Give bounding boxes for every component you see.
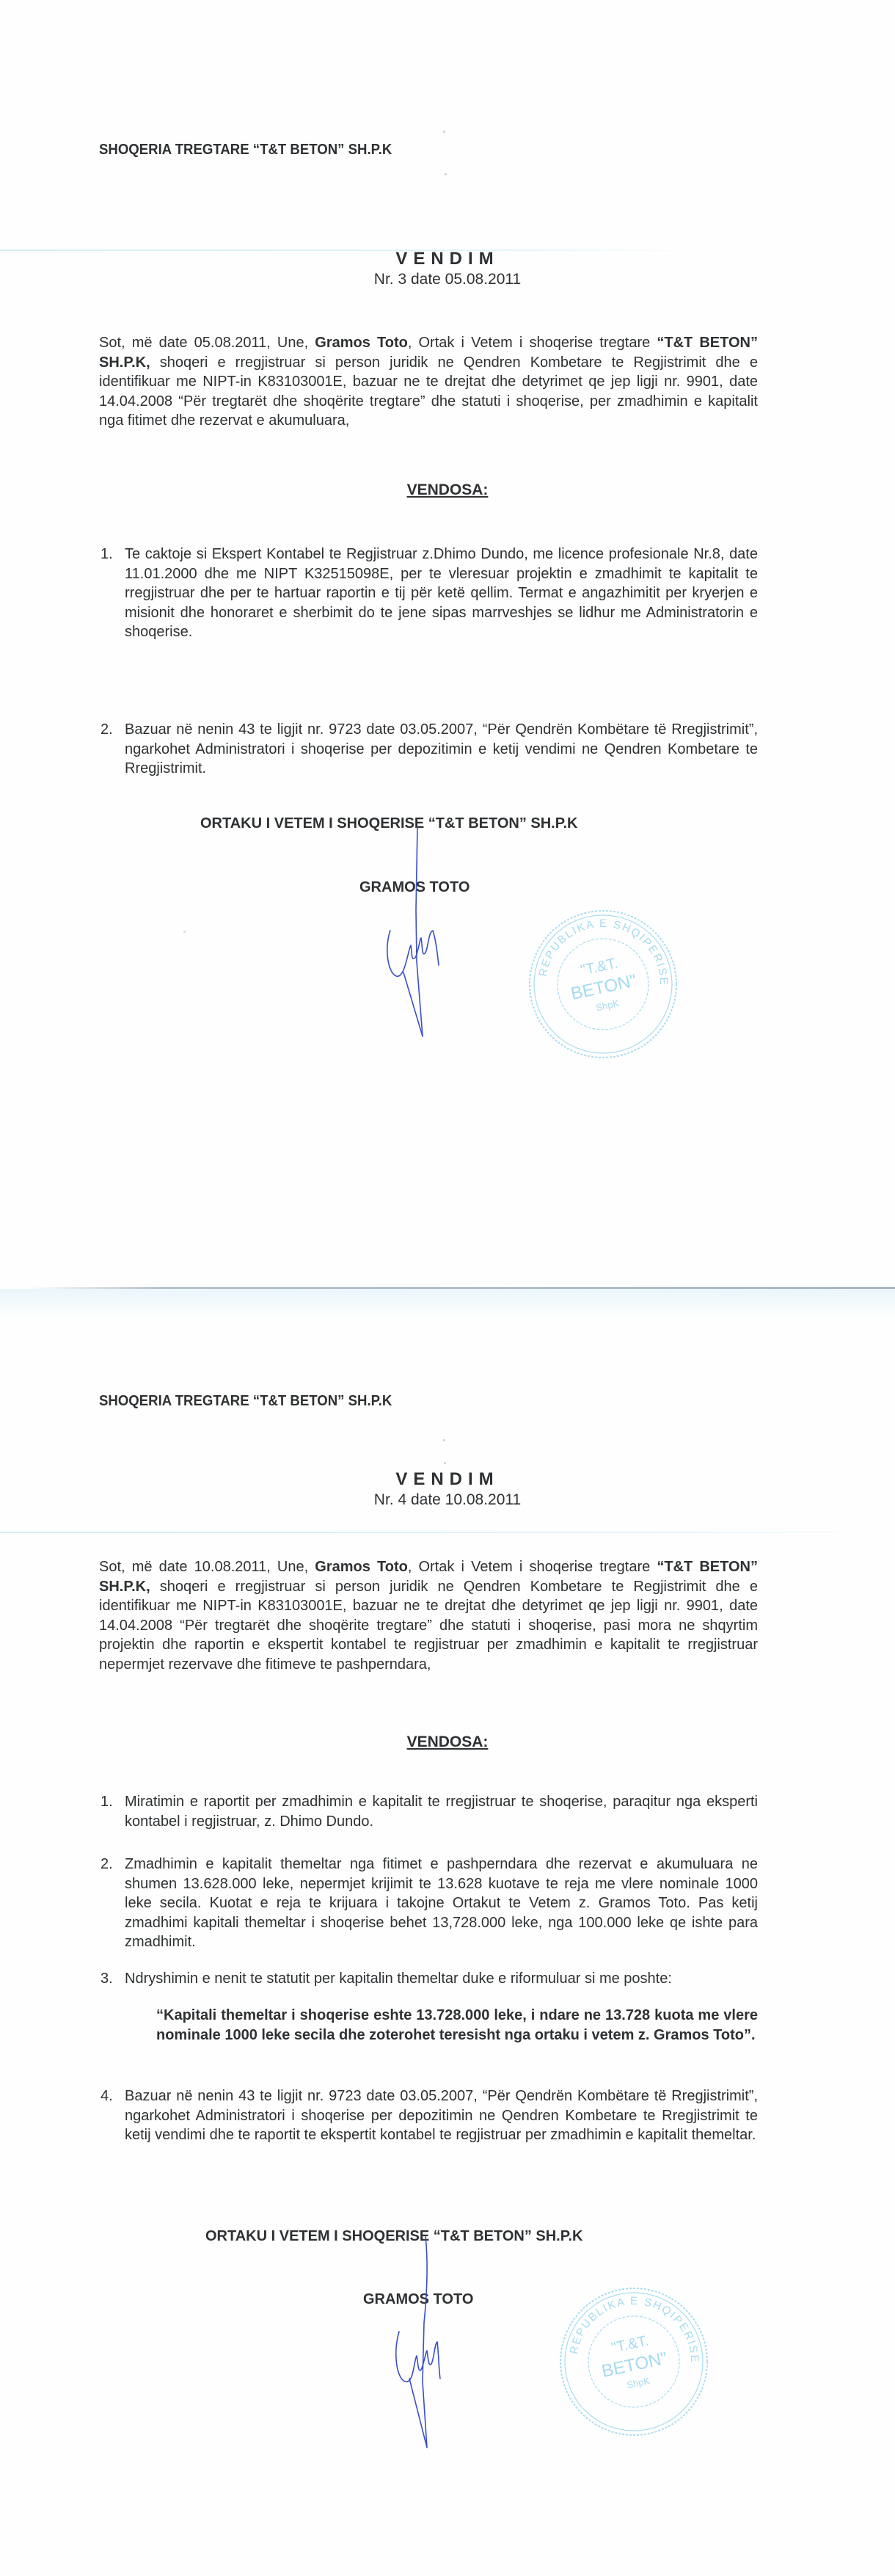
handwritten-signature — [389, 2235, 477, 2455]
intro-text: , Ortak i Vetem i shoqerise tregtare — [408, 335, 657, 351]
decision-item: 2. Bazuar në nenin 43 te ligjit nr. 9723… — [99, 720, 758, 779]
scan-speck — [443, 131, 445, 133]
decision-item: 3. Ndryshimin e nenit te statutit per ka… — [99, 1969, 758, 1989]
company-stamp: REPUBLIKA E SHQIPERISE "T.&T. BETON" Shp… — [556, 2284, 712, 2439]
item-number: 1. — [101, 1792, 113, 1812]
intro-text: , Ortak i Vetem i shoqerise tregtare — [408, 1559, 657, 1575]
svg-text:ShpK: ShpK — [595, 997, 621, 1013]
scan-speck — [444, 1462, 446, 1464]
item-number: 3. — [101, 1969, 113, 1989]
item-number: 1. — [101, 545, 113, 564]
item-text: Zmadhimin e kapitalit themeltar nga fiti… — [125, 1855, 758, 1952]
decision-item: 1. Miratimin e raportit per zmadhimin e … — [99, 1792, 758, 1831]
scan-speck — [183, 931, 186, 933]
handwritten-signature — [381, 822, 470, 1042]
owner-name: Gramos Toto — [315, 335, 408, 351]
company-stamp: REPUBLIKA E SHQIPERISE "T.&T. BETON" Shp… — [525, 906, 681, 1062]
intro-text: Sot, më date 05.08.2011, Une, — [99, 335, 315, 351]
item-text: Miratimin e raportit per zmadhimin e kap… — [125, 1792, 758, 1831]
item-text: Bazuar në nenin 43 te ligjit nr. 9723 da… — [125, 2086, 758, 2145]
intro-text: shoqeri e rregjistruar si person juridik… — [99, 354, 758, 429]
company-header: SHOQERIA TREGTARE “T&T BETON” SH.P.K — [99, 1393, 392, 1410]
item-text: Te caktoje si Ekspert Kontabel te Regjis… — [125, 545, 758, 642]
intro-text: Sot, më date 10.08.2011, Une, — [99, 1559, 315, 1575]
item-text: Bazuar në nenin 43 te ligjit nr. 9723 da… — [125, 720, 758, 779]
item-number: 2. — [101, 720, 113, 740]
document-title: VENDIM — [0, 249, 895, 269]
svg-text:ShpK: ShpK — [626, 2375, 651, 2390]
intro-text: shoqeri e rregjistruar si person juridik… — [99, 1579, 758, 1673]
company-header: SHOQERIA TREGTARE “T&T BETON” SH.P.K — [99, 142, 392, 159]
item-number: 4. — [101, 2086, 113, 2106]
owner-name: Gramos Toto — [315, 1559, 408, 1575]
decision-item: 4. Bazuar në nenin 43 te ligjit nr. 9723… — [99, 2086, 758, 2145]
intro-paragraph: Sot, më date 05.08.2011, Une, Gramos Tot… — [99, 333, 758, 431]
svg-text:BETON": BETON" — [569, 971, 638, 1004]
item-number: 2. — [101, 1855, 113, 1874]
document-page-1: SHOQERIA TREGTARE “T&T BETON” SH.P.K VEN… — [0, 0, 895, 1288]
scan-line — [0, 1532, 895, 1533]
decision-item: 1. Te caktoje si Ekspert Kontabel te Reg… — [99, 545, 758, 642]
scan-speck — [443, 1439, 445, 1441]
document-title: VENDIM — [0, 1469, 895, 1490]
decision-heading: VENDOSA: — [0, 1733, 895, 1751]
intro-paragraph: Sot, më date 10.08.2011, Une, Gramos Tot… — [99, 1557, 758, 1674]
item-text: Ndryshimin e nenit te statutit per kapit… — [125, 1969, 758, 1989]
decision-item: 2. Zmadhimin e kapitalit themeltar nga f… — [99, 1855, 758, 1952]
statute-quote: “Kapitali themeltar i shoqerise eshte 13… — [156, 2006, 758, 2045]
svg-text:BETON": BETON" — [600, 2348, 669, 2382]
scan-speck — [445, 173, 447, 175]
document-number-date: Nr. 3 date 05.08.2011 — [0, 271, 895, 288]
document-number-date: Nr. 4 date 10.08.2011 — [0, 1491, 895, 1509]
document-page-2: SHOQERIA TREGTARE “T&T BETON” SH.P.K VEN… — [0, 1288, 895, 2576]
decision-heading: VENDOSA: — [0, 481, 895, 499]
